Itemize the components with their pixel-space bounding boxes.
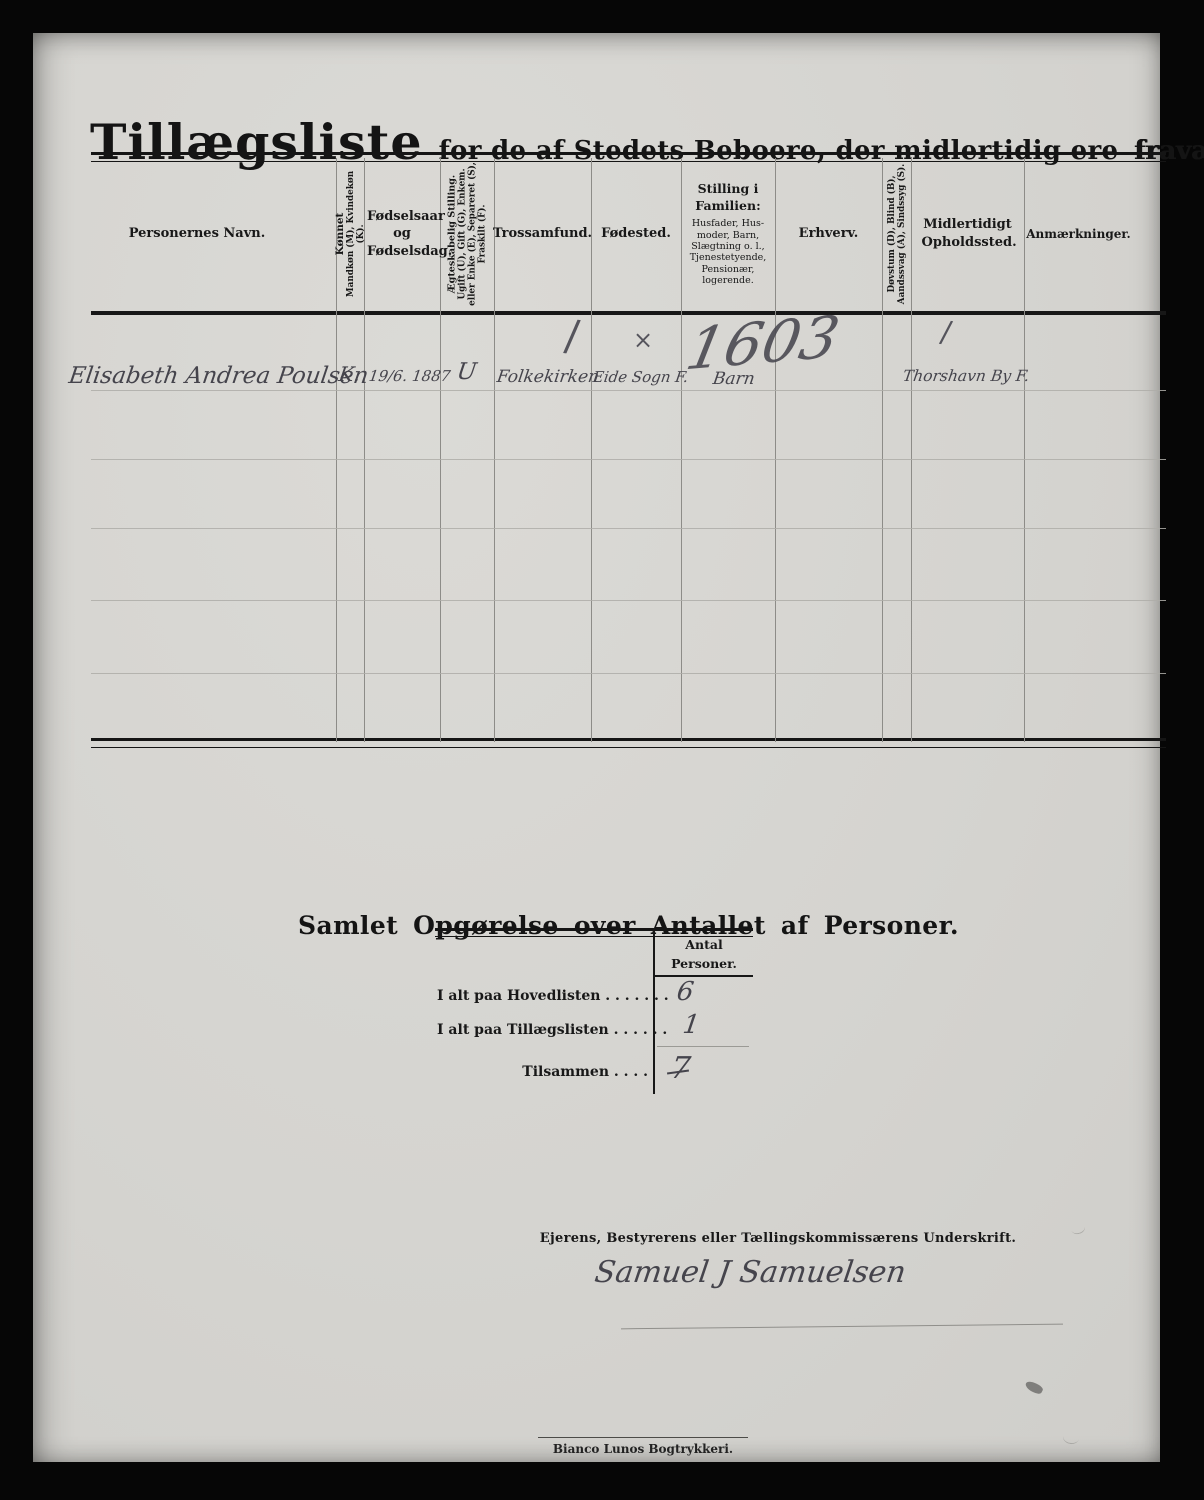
slash-pen-mark: / xyxy=(562,310,581,360)
entry-religion: Folkekirken xyxy=(496,367,601,387)
summary-row-hovedlisten-label: I alt paa Hovedlisten . . . . . . . xyxy=(437,988,669,1004)
column-label: Anmærkninger. xyxy=(1026,226,1131,242)
row-line xyxy=(91,528,1166,529)
summary-row-tilsammen-label: Tilsammen . . . . xyxy=(437,1064,648,1080)
entry-birthdate: 19/6. 1887 xyxy=(368,367,452,385)
header-stilling-i-familien: Stilling i Familien: Husfader, Hus­moder… xyxy=(681,158,775,310)
document-page: Tillægsliste for de af Stedets Beboere, … xyxy=(33,33,1160,1462)
summary-col-header-line1: Antal xyxy=(685,937,722,952)
entry-marital-status: U xyxy=(455,359,478,385)
header-doevstum: Døvstum (D), Blind (B), Aands­svag (A), … xyxy=(882,158,911,310)
summary-col-header: Antal Personer. xyxy=(655,936,753,974)
column-sublabel: Husfader, Hus­moder, Barn, Slægtning o. … xyxy=(685,218,771,286)
signature-underline xyxy=(621,1324,1063,1330)
summary-row-tilsammen-value: 7 xyxy=(669,1051,693,1086)
header-personernes-navn: Personernes Navn. xyxy=(58,158,336,310)
column-label: Fødested. xyxy=(601,225,671,243)
header-anmaerkninger: Anmærkninger. xyxy=(1024,158,1133,310)
header-erhverv: Erhverv. xyxy=(775,158,882,310)
column-label: Fødselsaar og Fødselsdag. xyxy=(367,208,437,261)
summary-col-header-line2: Personer. xyxy=(671,956,737,971)
pencil-scribble xyxy=(1070,1221,1086,1235)
column-label: Ægteskabelig Stilling. xyxy=(446,160,457,308)
header-trossamfund: Trossamfund. xyxy=(494,158,591,310)
signature-label: Ejerens, Bestyrerens eller Tællingskommi… xyxy=(528,1231,1028,1246)
scanned-census-form: Tillægsliste for de af Stedets Beboere, … xyxy=(0,0,1204,1500)
summary-col-header-rule xyxy=(653,975,753,977)
summary-row-tillaegslisten-value: 1 xyxy=(681,1010,702,1040)
entry-temporary-residence: Thorshavn By F. xyxy=(902,367,1031,385)
entry-birthplace: Eide Sogn F. xyxy=(592,368,690,386)
tick-pen-mark: / xyxy=(938,314,954,350)
column-label: Personernes Navn. xyxy=(129,225,266,243)
summary-row-hovedlisten-value: 6 xyxy=(675,977,696,1007)
column-label: Kønnet xyxy=(334,160,346,308)
header-midlertidigt-opholdssted: Midlertidigt Opholdssted. xyxy=(911,158,1024,310)
summary-total-separator xyxy=(657,1046,749,1047)
row-line xyxy=(91,459,1166,460)
table-header-bottom-rule xyxy=(91,311,1166,315)
row-line xyxy=(91,673,1166,674)
header-foedselsaar: Fødselsaar og Fødselsdag. xyxy=(364,158,440,310)
header-foedested: Fødested. xyxy=(591,158,681,310)
column-label: Erhverv. xyxy=(799,225,859,243)
header-aegteskabelig-stilling: Ægteskabelig Stilling. Ugift (U), Gift (… xyxy=(440,158,494,310)
column-label: Midlertidigt Opholdssted. xyxy=(922,216,1014,251)
pencil-scribble xyxy=(1062,1430,1080,1446)
entry-sex: K. xyxy=(337,362,362,386)
ink-smudge xyxy=(1024,1379,1044,1395)
column-label: Stilling i Familien: xyxy=(681,181,775,215)
table-bottom-rule xyxy=(91,738,1166,748)
header-koennet: Kønnet Mandkøn (M), Kvindekøn (K). xyxy=(336,158,364,310)
column-sublabel: Ugift (U), Gift (G), Enkem. eller Enke (… xyxy=(457,160,487,308)
signature-name: Samuel J Samuelsen xyxy=(593,1255,909,1290)
row-line xyxy=(91,390,1166,391)
column-label: Døvstum (D), Blind (B), Aands­svag (A), … xyxy=(886,160,906,308)
summary-row-tillaegslisten-label: I alt paa Tillægslisten . . . . . . xyxy=(437,1022,667,1038)
row-line xyxy=(91,600,1166,601)
cross-pen-mark: × xyxy=(633,326,653,354)
entry-archive-number: 1603 xyxy=(681,303,845,384)
printer-name: Bianco Lunos Bogtrykkeri. xyxy=(493,1442,793,1456)
entry-name: Elisabeth Andrea Poulsen xyxy=(67,363,370,389)
printer-rule xyxy=(538,1437,748,1438)
column-label: Trossamfund. xyxy=(493,225,592,243)
